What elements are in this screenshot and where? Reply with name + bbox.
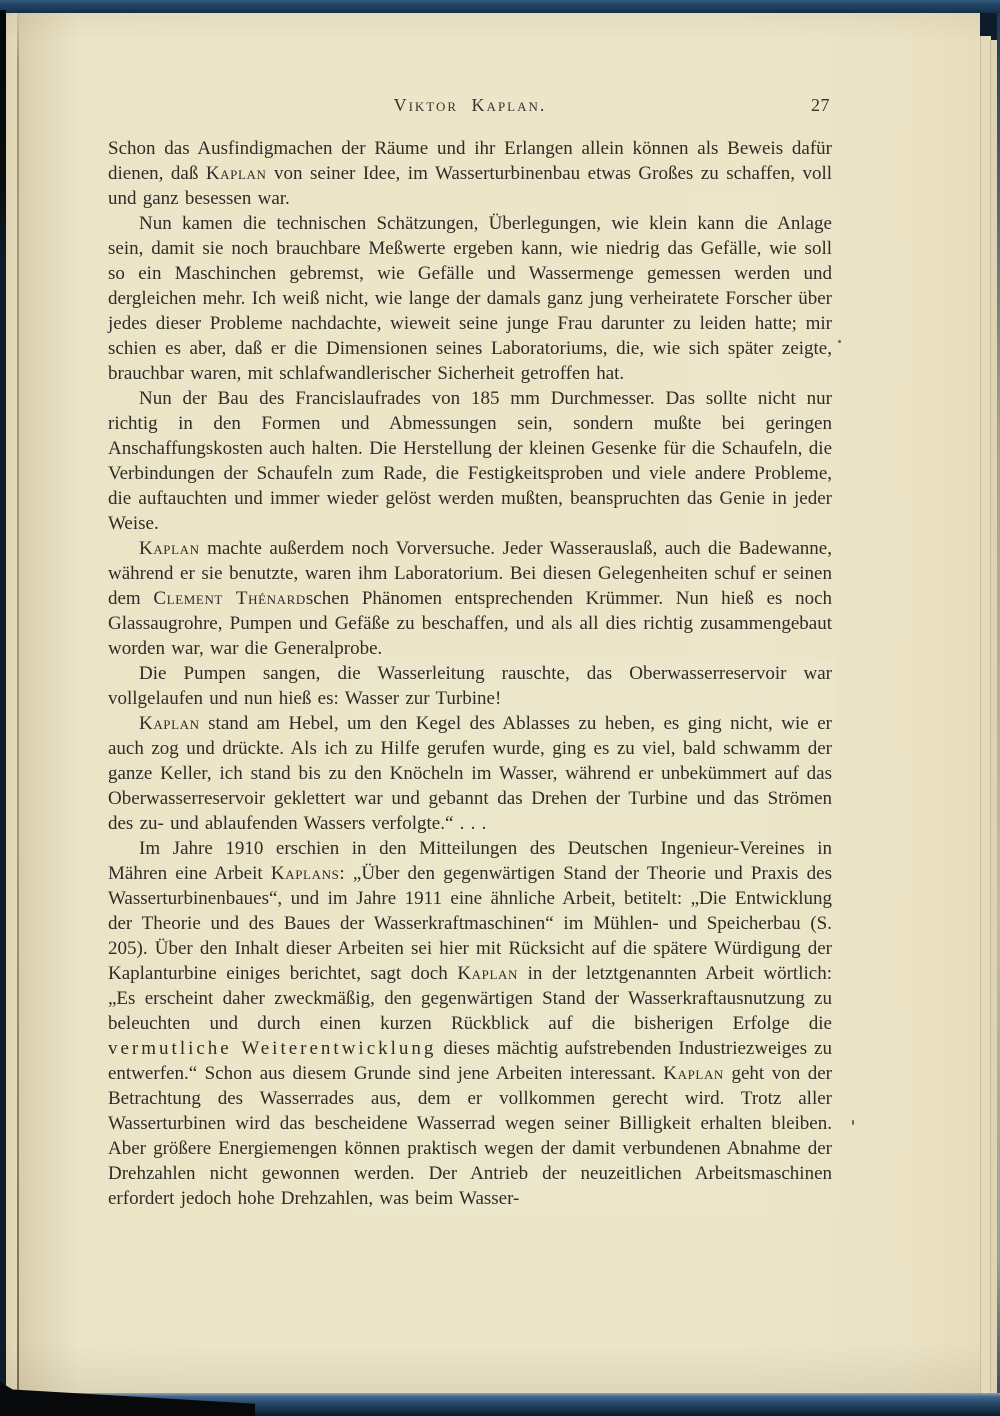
paragraph: Kaplan stand am Hebel, um den Kegel des … [108,711,832,836]
book-cover-top-edge [0,0,1000,13]
person-name: Kaplan [663,1063,724,1084]
paragraph: Nun kamen die technischen Schätzungen, Ü… [108,211,832,386]
paper-speck [852,1120,854,1125]
person-name: Kaplan [457,963,518,984]
scanned-book-photo: { "colors": { "cover-navy": "#1b3a57", "… [0,0,1000,1416]
paragraph: Nun der Bau des Francislaufrades von 185… [108,386,832,536]
person-name: Kaplan [206,163,267,184]
person-name: Kaplan [139,538,200,559]
person-name: Clement Thénard [153,588,306,609]
page-number: 27 [811,95,830,116]
emphasized-text: vermutliche Weiterentwicklung [108,1038,436,1059]
text-block: Schon das Ausfindigmachen der Räume und … [108,136,832,1211]
paragraph: Im Jahre 1910 erschien in den Mitteilung… [108,836,832,1211]
text-run: Nun der Bau des Francislaufrades von 185… [108,388,832,534]
person-name: Kaplans [271,863,340,884]
text-run: Die Pumpen sangen, die Wasserleitung rau… [108,663,832,709]
paragraph: Schon das Ausfindigmachen der Räume und … [108,136,832,211]
text-run: Nun kamen die technischen Schätzungen, Ü… [108,213,832,384]
text-run: geht von der Betrachtung des Wasserrades… [108,1063,832,1209]
paper-speck [838,340,841,343]
running-head: Viktor Kaplan. 27 [108,95,832,121]
person-name: Kaplan [139,713,200,734]
paragraph: Kaplan machte außerdem noch Vorversuche.… [108,536,832,661]
binding-shadow-left [0,10,6,260]
paragraph: Die Pumpen sangen, die Wasserleitung rau… [108,661,832,711]
running-head-title: Viktor Kaplan. [108,95,832,116]
text-run: stand am Hebel, um den Kegel des Ablasse… [108,713,832,834]
gutter-shadow [19,13,79,1393]
